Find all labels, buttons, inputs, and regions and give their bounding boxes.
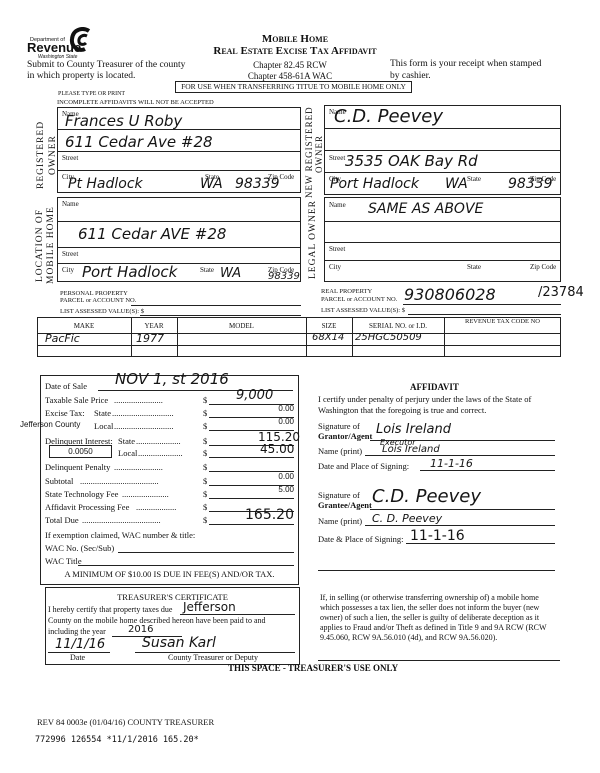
personal-assessed-field[interactable]: [140, 315, 301, 316]
delinquent-local-value[interactable]: 45.00: [260, 442, 294, 456]
wac-title-field[interactable]: [78, 565, 294, 566]
county-name: Jefferson County: [20, 420, 80, 429]
new-owner-city[interactable]: Port Hadlock: [330, 176, 419, 192]
col-size: SIZE: [306, 322, 352, 330]
form-code: REV 84 0003e (01/04/16) COUNTY TREASURER: [37, 717, 214, 727]
location-label: LOCATION OFMOBILE HOME: [35, 200, 59, 290]
taxable-sale-price[interactable]: 9,000: [236, 388, 273, 403]
revenue-swirl-icon: [69, 27, 93, 53]
registered-owner-state[interactable]: WA: [200, 176, 223, 192]
total-due-value[interactable]: 165.20: [245, 507, 294, 523]
col-tax-code: REVENUE TAX CODE NO: [444, 318, 561, 325]
legal-owner-name[interactable]: SAME AS ABOVE: [368, 201, 483, 217]
tech-fee-value[interactable]: 5.00: [209, 485, 294, 494]
lien-notice: If, in selling (or otherwise transferrin…: [320, 593, 560, 643]
treasurer-year[interactable]: 2016: [128, 624, 153, 635]
subtotal-value[interactable]: 0.00: [209, 472, 294, 481]
registered-owner-label: REGISTEREDOWNER: [35, 110, 49, 200]
real-assessed-field[interactable]: [408, 314, 561, 315]
receipt-stamp: 772996 126554 *11/1/2016 165.20*: [35, 735, 199, 745]
personal-property-field[interactable]: [131, 305, 301, 306]
new-owner-state[interactable]: WA: [445, 176, 468, 192]
affidavit-title: AFFIDAVIT: [410, 382, 459, 392]
treasurer-date[interactable]: 11/1/16: [55, 637, 105, 652]
excise-state-value[interactable]: 0.00: [209, 404, 294, 413]
treasurer-title: TREASURER'S CERTIFICATE: [45, 592, 300, 602]
instruction-type-print: PLEASE TYPE OR PRINT: [58, 91, 125, 97]
grantor-name[interactable]: Lois Ireland: [382, 444, 440, 455]
chapter-wac: Chapter 458-61A WAC: [230, 71, 350, 81]
treasurer-use-only: THIS SPACE - TREASURER'S USE ONLY: [228, 663, 398, 673]
registered-owner-name[interactable]: Frances U Roby: [65, 112, 182, 130]
receipt-note-2: by cashier.: [390, 71, 431, 81]
grantor-signature[interactable]: Lois Ireland: [376, 422, 451, 437]
cell-size[interactable]: 68X14: [312, 332, 344, 343]
grantee-signature[interactable]: C.D. Peevey: [372, 486, 481, 507]
location-zip[interactable]: 98339: [268, 271, 300, 282]
location-address[interactable]: 611 Cedar AVE #28: [78, 225, 226, 243]
cell-serial[interactable]: 25HGC50509: [355, 332, 422, 343]
new-registered-owner-label: NEW REGISTEREDOWNER: [304, 110, 324, 198]
registered-owner-city[interactable]: Pt Hadlock: [68, 176, 143, 192]
treasurer-county[interactable]: Jefferson: [183, 600, 236, 614]
new-owner-name[interactable]: C.D. Peevey: [334, 106, 443, 127]
new-owner-street[interactable]: 3535 OAK Bay Rd: [345, 152, 478, 170]
real-property-number[interactable]: 930806028: [404, 285, 496, 304]
cell-year[interactable]: 1977: [136, 332, 164, 345]
col-model: MODEL: [177, 322, 306, 330]
minimum-due-note: A MINIMUM OF $10.00 IS DUE IN FEE(S) AND…: [40, 569, 299, 579]
grantee-name[interactable]: C. D. Peevey: [372, 512, 442, 525]
registered-owner-address[interactable]: 611 Cedar Ave #28: [65, 133, 213, 151]
excise-local-value[interactable]: 0.00: [209, 417, 294, 426]
real-property-suffix: /23784: [538, 285, 584, 300]
registered-owner-zip[interactable]: 98339: [235, 176, 280, 192]
submit-note-2: in which property is located.: [27, 71, 135, 81]
sale-date[interactable]: NOV 1, st 2016: [115, 370, 229, 388]
treasurer-signature[interactable]: Susan Karl: [142, 635, 216, 651]
cell-make[interactable]: PacFic: [45, 332, 80, 345]
legal-owner-label: LEGAL OWNER: [308, 200, 322, 280]
form-title-2: Real Estate Excise Tax Affidavit: [175, 45, 415, 57]
location-city[interactable]: Port Hadlock: [82, 263, 177, 281]
use-banner: FOR USE WHEN TRANSFERRING TITUE TO MOBIL…: [175, 81, 412, 93]
col-serial: SERIAL NO. or I.D.: [352, 322, 444, 330]
receipt-note-1: This form is your receipt when stamped: [390, 59, 541, 69]
new-owner-zip[interactable]: 98339: [508, 176, 553, 192]
submit-note-1: Submit to County Treasurer of the county: [27, 60, 185, 70]
form-title-1: Mobile Home: [200, 33, 390, 45]
instruction-incomplete: INCOMPLETE AFFIDAVITS WILL NOT BE ACCEPT…: [57, 99, 214, 106]
location-state[interactable]: WA: [220, 266, 241, 281]
chapter-rcw: Chapter 82.45 RCW: [230, 60, 350, 70]
col-make: MAKE: [37, 322, 131, 330]
wac-number-field[interactable]: [118, 552, 294, 553]
col-year: YEAR: [131, 322, 177, 330]
grantee-signing-date[interactable]: 11-1-16: [410, 528, 465, 544]
interest-rate-box[interactable]: 0.0050: [49, 445, 112, 458]
grantor-signing-date[interactable]: 11-1-16: [430, 457, 473, 470]
